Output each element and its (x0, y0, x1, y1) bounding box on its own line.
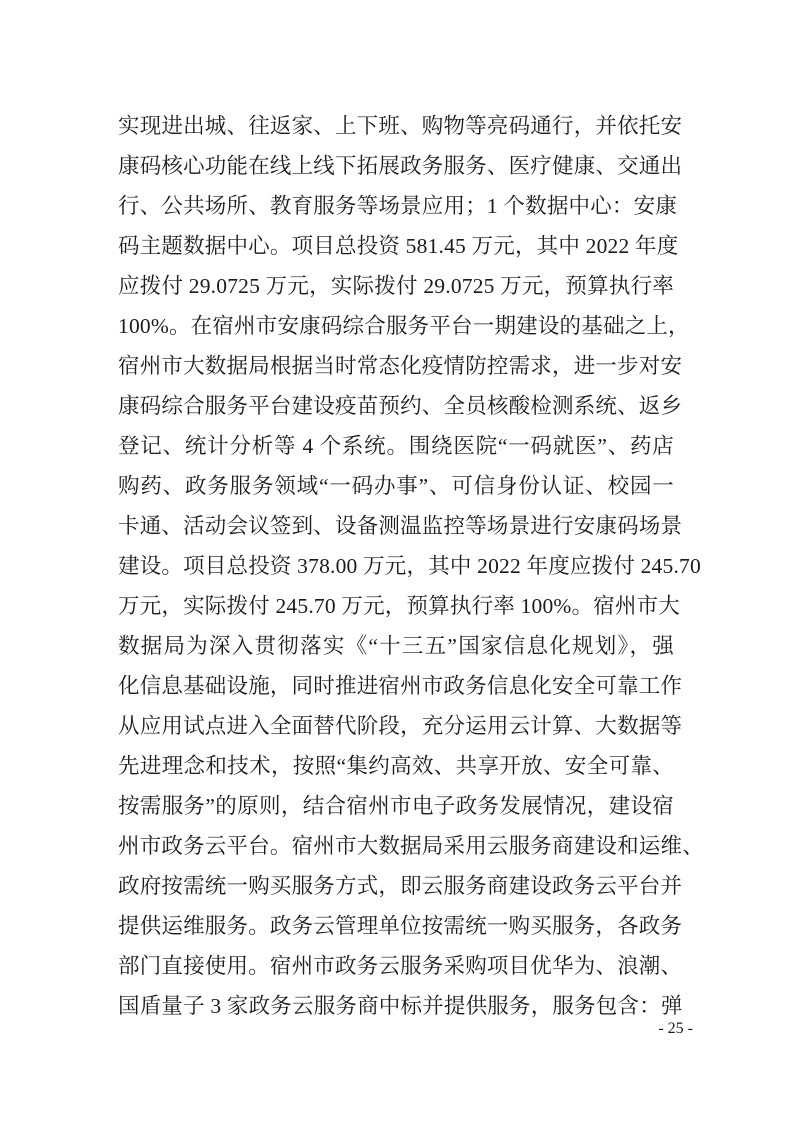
text-line: 从应用试点进入全面替代阶段，充分运用云计算、大数据等 (118, 706, 674, 746)
text-line: 建设。项目总投资 378.00 万元，其中 2022 年度应拨付 245.70 (118, 546, 674, 586)
text-line: 码主题数据中心。项目总投资 581.45 万元，其中 2022 年度 (118, 226, 674, 266)
text-line: 万元，实际拨付 245.70 万元，预算执行率 100%。宿州市大 (118, 586, 674, 626)
text-line: 化信息基础设施，同时推进宿州市政务信息化安全可靠工作 (118, 666, 674, 706)
text-line: 按需服务”的原则，结合宿州市电子政务发展情况，建设宿 (118, 786, 674, 826)
text-line: 宿州市大数据局根据当时常态化疫情防控需求，进一步对安 (118, 346, 674, 386)
text-line: 100%。在宿州市安康码综合服务平台一期建设的基础之上， (118, 306, 674, 346)
text-line: 先进理念和技术，按照“集约高效、共享开放、安全可靠、 (118, 746, 674, 786)
text-line: 应拨付 29.0725 万元，实际拨付 29.0725 万元，预算执行率 (118, 266, 674, 306)
text-line: 登记、统计分析等 4 个系统。围绕医院“一码就医”、药店 (118, 426, 674, 466)
text-line: 康码核心功能在线上线下拓展政务服务、医疗健康、交通出 (118, 146, 674, 186)
document-page: 实现进出城、往返家、上下班、购物等亮码通行，并依托安康码核心功能在线上线下拓展政… (0, 0, 793, 1122)
text-line: 行、公共场所、教育服务等场景应用；1 个数据中心：安康 (118, 186, 674, 226)
text-line: 购药、政务服务领域“一码办事”、可信身份认证、校园一 (118, 466, 674, 506)
text-line: 州市政务云平台。宿州市大数据局采用云服务商建设和运维、 (118, 826, 674, 866)
text-line: 提供运维服务。政务云管理单位按需统一购买服务，各政务 (118, 906, 674, 946)
document-text-block: 实现进出城、往返家、上下班、购物等亮码通行，并依托安康码核心功能在线上线下拓展政… (118, 106, 674, 1026)
page-number: - 25 - (658, 1018, 693, 1040)
text-line: 康码综合服务平台建设疫苗预约、全员核酸检测系统、返乡 (118, 386, 674, 426)
text-line: 国盾量子 3 家政务云服务商中标并提供服务，服务包含：弹 (118, 986, 674, 1026)
text-line: 部门直接使用。宿州市政务云服务采购项目优华为、浪潮、 (118, 946, 674, 986)
text-line: 卡通、活动会议签到、设备测温监控等场景进行安康码场景 (118, 506, 674, 546)
text-line: 实现进出城、往返家、上下班、购物等亮码通行，并依托安 (118, 106, 674, 146)
text-line: 政府按需统一购买服务方式，即云服务商建设政务云平台并 (118, 866, 674, 906)
text-line: 数据局为深入贯彻落实《“十三五”国家信息化规划》，强 (118, 626, 674, 666)
